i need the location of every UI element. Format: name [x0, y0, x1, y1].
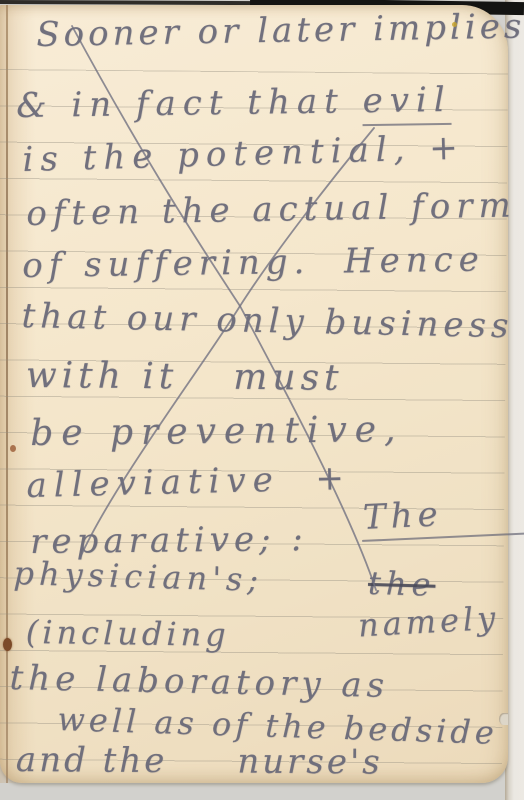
- handwriting-text: of suffering. Hence: [22, 240, 485, 286]
- page-edge-nick: [499, 713, 508, 725]
- handwriting-text: & in fact that: [16, 81, 363, 126]
- struck-out-word: the: [368, 564, 436, 604]
- handwriting-line: often the actual form: [26, 187, 517, 233]
- handwriting-text: that our only business: [21, 296, 514, 346]
- handwriting-text: with it: [26, 355, 179, 397]
- underlined-word: evil: [362, 80, 452, 126]
- handwriting-line: reparative; :The: [30, 520, 443, 562]
- handwriting-line: the laboratory as: [9, 660, 389, 705]
- handwriting-text: must: [233, 357, 344, 399]
- handwriting-line: & in fact that evil: [16, 82, 452, 125]
- handwriting-text: Sooner or later implies;: [36, 6, 524, 55]
- handwriting-text: often the actual form: [26, 185, 517, 234]
- handwriting-line: and thenurse's: [16, 742, 383, 782]
- handwriting-line: of suffering. Hence: [22, 242, 485, 286]
- handwriting-text: and the: [16, 740, 168, 781]
- handwriting-text: is the potential, +: [22, 128, 465, 180]
- paper-speck: [452, 22, 457, 27]
- scanned-notebook-photo: Sooner or later implies; & in fact that …: [0, 0, 524, 800]
- handwriting-text: alleviative +: [26, 458, 351, 506]
- ink-stain: [3, 638, 12, 651]
- binding-edge-line: [6, 5, 8, 783]
- handwriting-line: be preventive,: [30, 410, 404, 454]
- handwriting-line: alleviative +: [26, 460, 351, 505]
- handwriting-line: (includingnamely: [26, 615, 500, 657]
- handwriting-text: the laboratory as: [9, 658, 389, 706]
- handwriting-line: physician's;the: [13, 556, 436, 603]
- handwriting-line: Sooner or later implies;: [36, 8, 524, 54]
- rust-speck: [10, 445, 16, 452]
- handwriting-text: physician's;: [13, 554, 264, 599]
- underlined-word: The: [362, 496, 443, 537]
- handwriting-text: namely: [357, 601, 500, 644]
- handwriting-line: with itmust: [26, 356, 344, 398]
- handwriting-line: is the potential, +: [22, 130, 465, 180]
- notebook-page: Sooner or later implies; & in fact that …: [0, 5, 508, 783]
- handwriting-line: that our only business: [21, 298, 514, 346]
- handwriting-text: nurse's: [237, 742, 383, 783]
- handwriting-text: be preventive,: [30, 409, 404, 454]
- handwriting-text: (including: [25, 613, 229, 654]
